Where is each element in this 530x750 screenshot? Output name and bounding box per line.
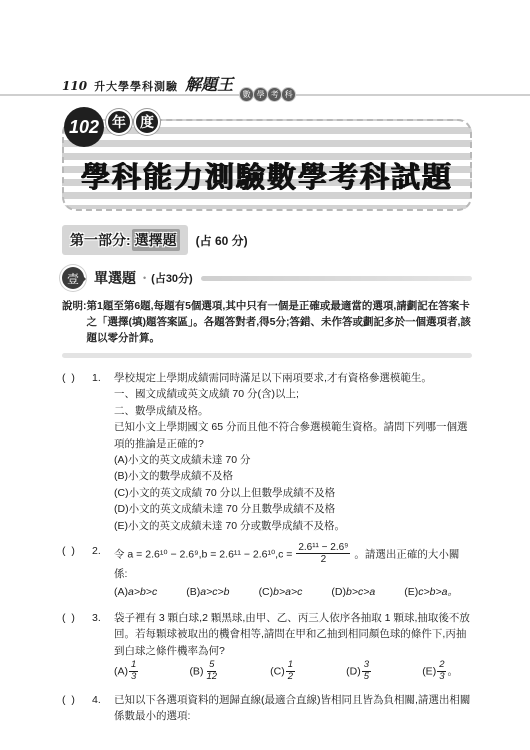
question-body: 已知以下各選項資料的迴歸直線(最適合直線)皆相同且皆為負相關,請選出相關係數最小… xyxy=(114,692,472,725)
question-body: 學校規定上學期成績需同時滿足以下兩項要求,才有資格參選模範生。 一、國文成績或英… xyxy=(114,370,472,534)
question-number: 1. xyxy=(92,370,114,534)
question-body: 令 a = 2.6¹⁰ − 2.6⁹,b = 2.6¹¹ − 2.6¹⁰,c =… xyxy=(114,543,472,601)
subject-badge-char: 學 xyxy=(254,88,267,101)
year-suffix-circle: 度 xyxy=(134,109,160,135)
instructions-text: 第1題至第6題,每題有5個選項,其中只有一個是正確或最適當的選項,請劃記在答案卡… xyxy=(87,298,473,346)
option: (C)b>a>c xyxy=(259,584,303,600)
question-text: 學校規定上學期成績需同時滿足以下兩項要求,才有資格參選模範生。 xyxy=(114,370,472,386)
option: (D)35 xyxy=(346,661,372,683)
option: (B)小文的數學成績不及格 xyxy=(114,468,472,484)
question-text: 令 a = 2.6¹⁰ − 2.6⁹,b = 2.6¹¹ − 2.6¹⁰,c =… xyxy=(114,543,472,582)
subsection-points: (占30分) xyxy=(151,270,193,286)
option: (E)c>b>a。 xyxy=(404,584,458,600)
question-text: 一、國文成績或英文成績 70 分(含)以上; xyxy=(114,386,472,402)
series-title: 升大學學科測驗 xyxy=(94,78,178,94)
question-list: ( ) 1. 學校規定上學期成績需同時滿足以下兩項要求,才有資格參選模範生。 一… xyxy=(62,370,472,725)
option: (C)小文的英文成績 70 分以上但數學成績不及格 xyxy=(114,485,472,501)
option-list: (A)13 (B)512 (C)12 (D)35 (E)23。 xyxy=(114,661,472,683)
section-header-row: 第一部分: 選擇題 (占 60 分) xyxy=(62,225,472,255)
option: (A)13 xyxy=(114,661,139,683)
instructions: 說明: 第1題至第6題,每題有5個選項,其中只有一個是正確或最適當的選項,請劃記… xyxy=(62,298,472,346)
exam-page: 110 升大學學科測驗 解題王 數 學 考 科 102 年 度 學科能力測驗數學… xyxy=(0,0,530,725)
option: (A)a>b>c xyxy=(114,584,157,600)
option: (B)512 xyxy=(189,661,220,683)
option: (A)小文的英文成績未達 70 分 xyxy=(114,452,472,468)
math-intro: 令 a = 2.6¹⁰ − 2.6⁹,b = 2.6¹¹ − 2.6¹⁰,c = xyxy=(114,548,292,560)
year-badge: 102 年 度 xyxy=(64,107,160,147)
option: (E)小文的英文成績未達 70 分或數學成績不及格。 xyxy=(114,518,472,534)
page-number: 110 xyxy=(62,79,87,93)
subject-badge-char: 數 xyxy=(240,88,253,101)
answer-blank: ( ) xyxy=(62,370,92,534)
subsection-label: 單選題 xyxy=(94,268,136,288)
question-number: 3. xyxy=(92,610,114,683)
section-part-highlight: 選擇題 xyxy=(132,229,180,251)
page-header: 110 升大學學科測驗 解題王 數 學 考 科 xyxy=(62,72,472,95)
year-suffix-circle: 年 xyxy=(106,109,132,135)
option: (C)12 xyxy=(270,661,296,683)
bullet-icon: • xyxy=(143,273,146,283)
option: (E)23。 xyxy=(422,661,458,683)
question-text: 已知以下各選項資料的迴歸直線(最適合直線)皆相同且皆為負相關,請選出相關係數最小… xyxy=(114,692,472,725)
subject-badge: 數 學 考 科 xyxy=(240,88,295,101)
title-banner: 102 年 度 學科能力測驗數學考科試題 xyxy=(62,119,472,211)
instructions-label: 說明: xyxy=(62,298,87,346)
brand-logo: 解題王 xyxy=(185,72,233,95)
answer-blank: ( ) xyxy=(62,692,92,725)
question-text: 二、數學成績及格。 xyxy=(114,403,472,419)
section-separator xyxy=(62,353,472,358)
section-points: (占 60 分) xyxy=(196,232,248,249)
question-3: ( ) 3. 袋子裡有 3 顆白球,2 顆黑球,由甲、乙、丙三人依序各抽取 1 … xyxy=(62,610,472,683)
fraction-numerator: 2.6¹¹ − 2.6⁹ xyxy=(296,542,350,554)
question-number: 2. xyxy=(92,543,114,601)
question-body: 袋子裡有 3 顆白球,2 顆黑球,由甲、乙、丙三人依序各抽取 1 顆球,抽取後不… xyxy=(114,610,472,683)
year-number-circle: 102 xyxy=(64,107,104,147)
option: (D)b>c>a xyxy=(331,584,375,600)
section-title-box: 第一部分: 選擇題 xyxy=(62,225,188,255)
subsection-badge: 壹 xyxy=(62,267,84,289)
fraction: 12 xyxy=(286,660,295,682)
question-text: 已知小文上學期國文 65 分而且他不符合參選模範生資格。請問下列哪一個選項的推論… xyxy=(114,419,472,452)
subject-badge-char: 考 xyxy=(268,88,281,101)
section-part-label: 第一部分: xyxy=(70,230,131,250)
subsection-row: 壹 單選題 • (占30分) xyxy=(62,267,472,289)
question-1: ( ) 1. 學校規定上學期成績需同時滿足以下兩項要求,才有資格參選模範生。 一… xyxy=(62,370,472,534)
question-2: ( ) 2. 令 a = 2.6¹⁰ − 2.6⁹,b = 2.6¹¹ − 2.… xyxy=(62,543,472,601)
answer-blank: ( ) xyxy=(62,543,92,601)
fraction: 23 xyxy=(437,660,446,682)
fraction: 13 xyxy=(129,660,138,682)
subject-badge-char: 科 xyxy=(282,88,295,101)
fraction: 2.6¹¹ − 2.6⁹ 2 xyxy=(296,542,350,565)
option-list: (A)a>b>c (B)a>c>b (C)b>a>c (D)b>c>a (E)c… xyxy=(114,584,472,600)
question-text: 袋子裡有 3 顆白球,2 顆黑球,由甲、乙、丙三人依序各抽取 1 顆球,抽取後不… xyxy=(114,610,472,659)
fraction-denominator: 2 xyxy=(319,554,329,565)
subsection-rule xyxy=(201,276,472,281)
question-4: ( ) 4. 已知以下各選項資料的迴歸直線(最適合直線)皆相同且皆為負相關,請選… xyxy=(62,692,472,725)
option: (D)小文的英文成績未達 70 分且數學成績不及格 xyxy=(114,501,472,517)
answer-blank: ( ) xyxy=(62,610,92,683)
option-list: (A)小文的英文成績未達 70 分 (B)小文的數學成績不及格 (C)小文的英文… xyxy=(114,452,472,534)
fraction: 35 xyxy=(362,660,371,682)
option: (B)a>c>b xyxy=(186,584,229,600)
fraction: 512 xyxy=(204,660,219,682)
question-number: 4. xyxy=(92,692,114,725)
